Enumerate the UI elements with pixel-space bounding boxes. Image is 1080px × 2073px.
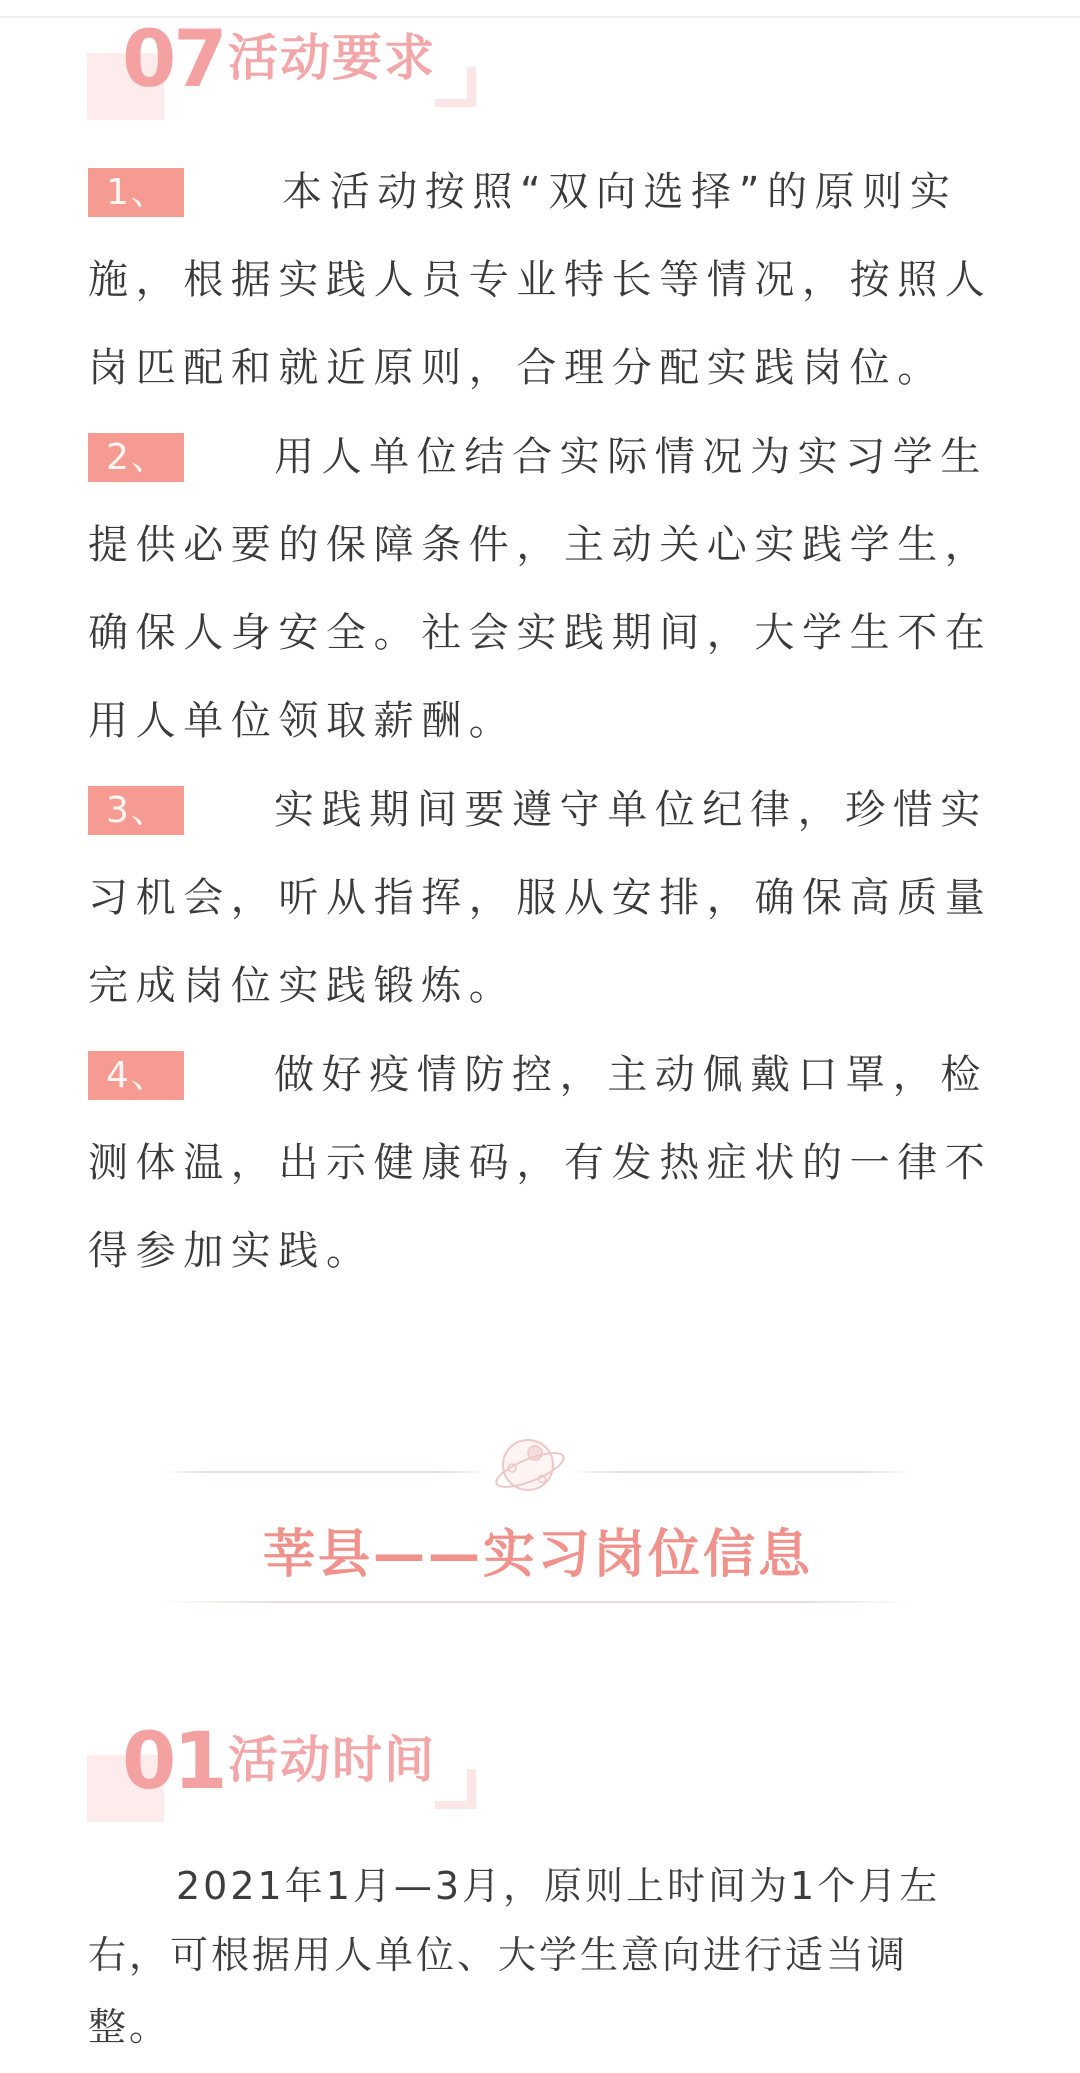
text-line: 2021年1月—3月，原则上时间为1个月左	[176, 1851, 940, 1921]
divider-line-left	[160, 1471, 490, 1473]
text-line: 整。	[88, 1992, 170, 2062]
text-line: 岗匹配和就近原则，合理分配实践岗位。	[88, 324, 945, 412]
section-title: 活动要求	[228, 30, 436, 86]
text-line: 做好疫情防控，主动佩戴口罩，检	[274, 1031, 988, 1119]
item-number-badge: 3、	[88, 786, 184, 835]
section-heading-requirements: 07 活动要求	[0, 0, 1080, 130]
corner-bracket-icon	[435, 1801, 476, 1809]
text-line: 完成岗位实践锻炼。	[88, 942, 516, 1030]
section-number: 01	[122, 1722, 225, 1802]
item-number-badge: 4、	[88, 1051, 184, 1100]
text-line: 测体温，出示健康码，有发热症状的一律不	[88, 1119, 992, 1207]
text-line: 用人单位结合实际情况为实习学生	[274, 413, 988, 501]
item-number-badge: 1、	[88, 168, 184, 217]
section-number: 07	[122, 20, 225, 100]
text-line: 得参加实践。	[88, 1207, 374, 1295]
section-heading-time: 01 活动时间	[0, 1702, 1080, 1832]
text-line: 右，可根据用人单位、大学生意向进行适当调	[88, 1920, 908, 1990]
text-line: 用人单位领取薪酬。	[88, 677, 516, 765]
text-line: 提供必要的保障条件，主动关心实践学生，	[88, 501, 992, 589]
corner-bracket-icon	[435, 99, 476, 107]
divider-title: 莘县——实习岗位信息	[0, 1525, 1080, 1585]
planet-icon	[490, 1428, 570, 1508]
item-number-badge: 2、	[88, 433, 184, 482]
text-line: 确保人身安全。社会实践期间，大学生不在	[88, 589, 992, 677]
text-line: 实践期间要遵守单位纪律，珍惜实	[274, 766, 988, 854]
section-title: 活动时间	[228, 1732, 436, 1788]
divider-line-right	[568, 1471, 913, 1473]
divider-line-bottom	[160, 1601, 915, 1603]
text-line: 习机会，听从指挥，服从安排，确保高质量	[88, 854, 992, 942]
text-line: 本活动按照“双向选择”的原则实	[282, 148, 957, 236]
text-line: 施，根据实践人员专业特长等情况，按照人	[88, 236, 992, 324]
